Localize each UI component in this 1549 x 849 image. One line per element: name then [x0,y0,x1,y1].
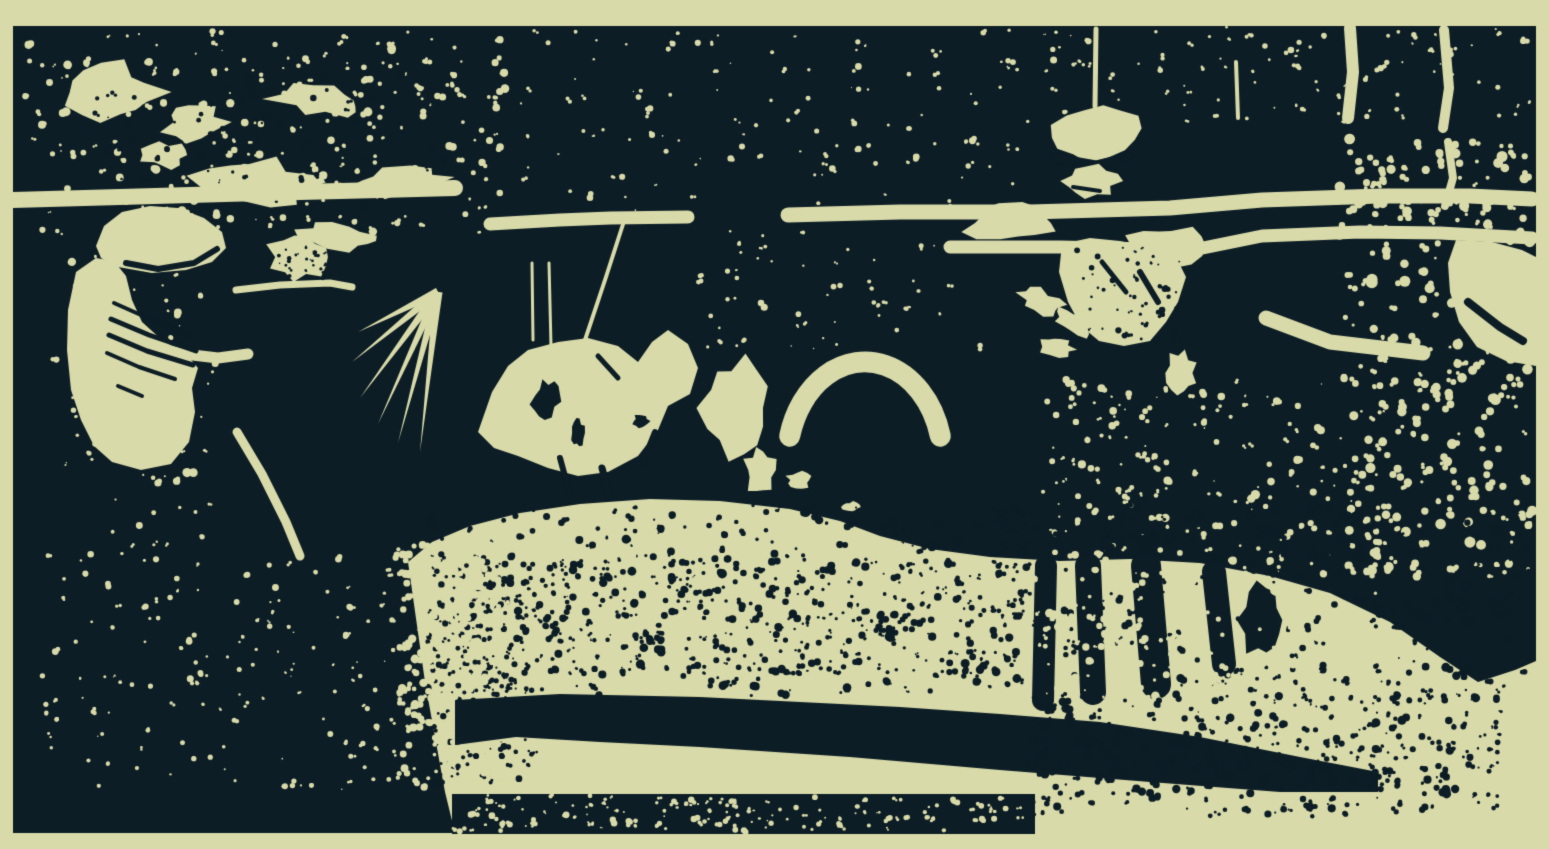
halftone-photo [0,0,1549,849]
photo-canvas [0,0,1549,849]
